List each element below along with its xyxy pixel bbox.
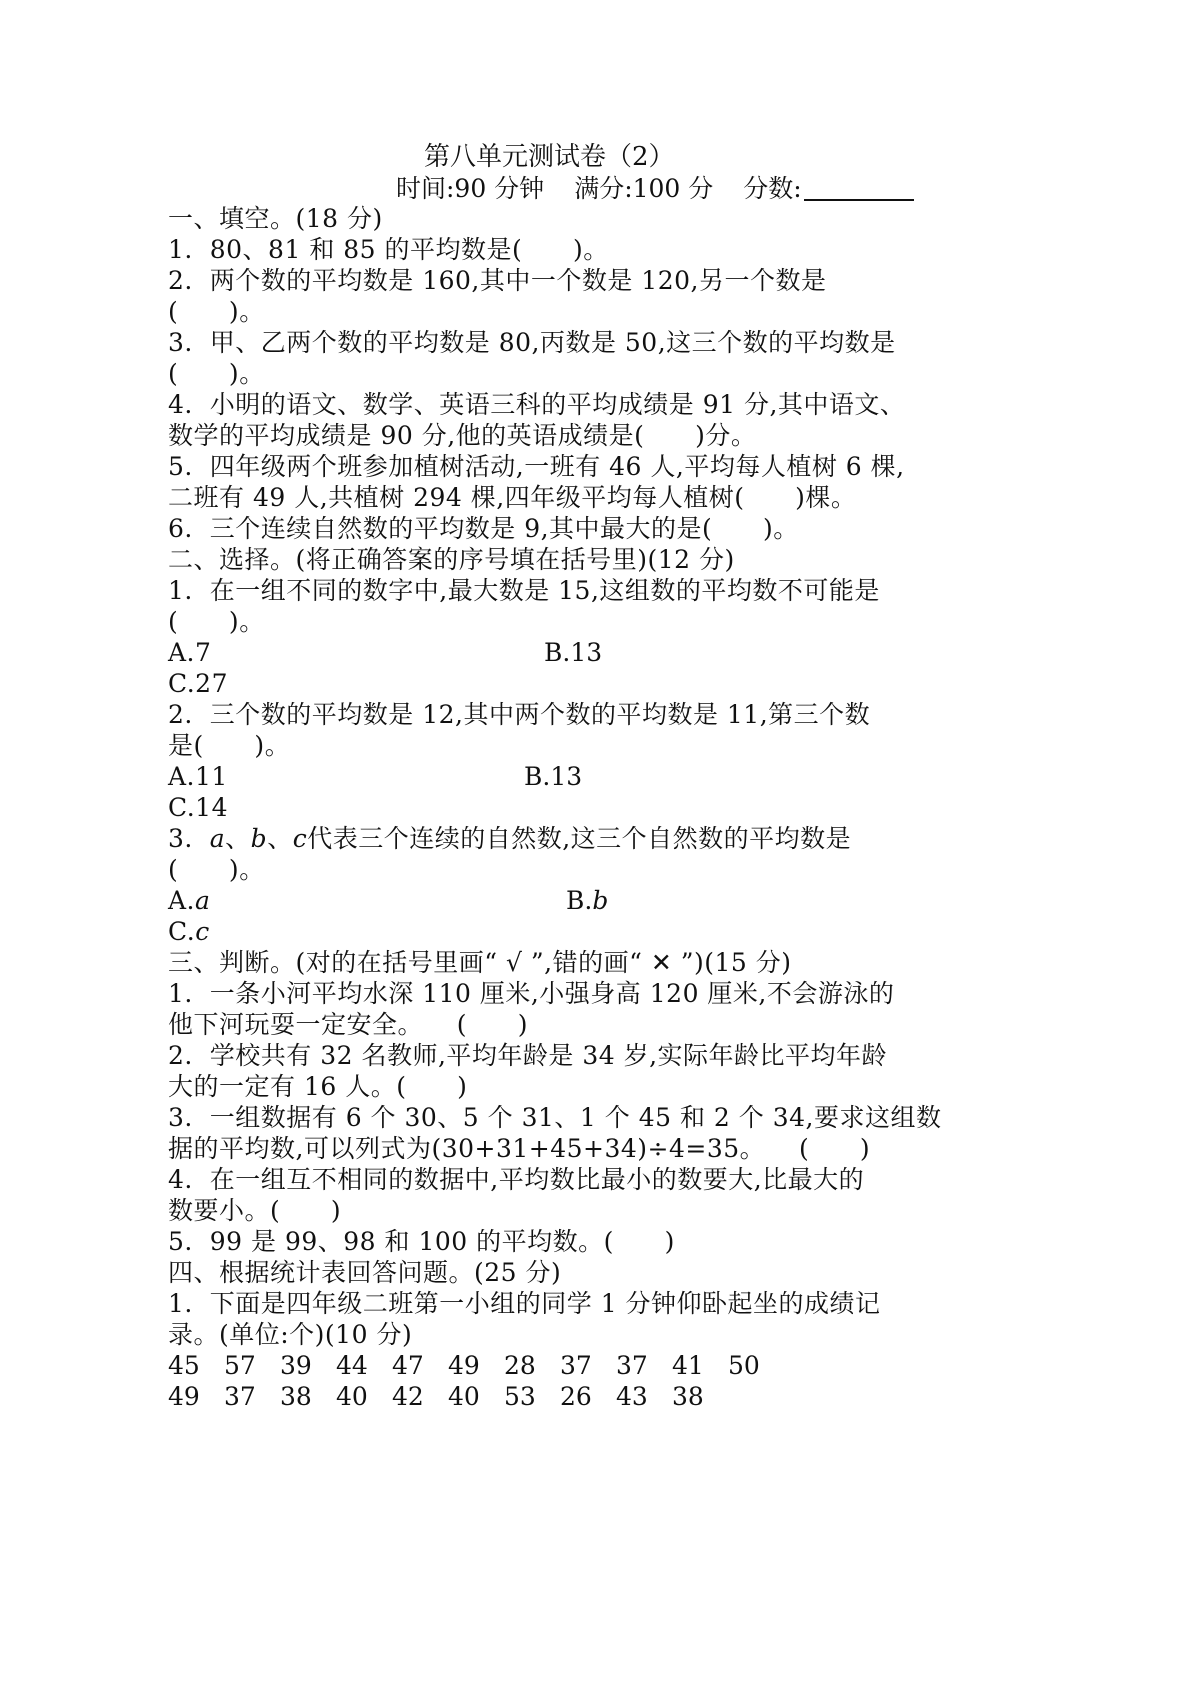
data-value: 37 bbox=[224, 1382, 280, 1412]
s2-q3-number: 3. bbox=[168, 824, 210, 853]
s1-question-1: 1. 80、81 和 85 的平均数是( )。 bbox=[168, 235, 609, 265]
s1-question-5-line-2: 二班有 49 人,共植树 294 棵,四年级平均每人植树( )棵。 bbox=[168, 483, 856, 513]
data-row-1: 45 57 39 44 47 49 28 37 37 41 50 bbox=[168, 1351, 784, 1381]
s3-question-5: 5. 99 是 99、98 和 100 的平均数。( ) bbox=[168, 1227, 675, 1257]
data-value: 42 bbox=[392, 1382, 448, 1412]
s3-question-1-line-1: 1. 一条小河平均水深 110 厘米,小强身高 120 厘米,不会游泳的 bbox=[168, 979, 894, 1009]
data-value: 49 bbox=[168, 1382, 224, 1412]
s3-question-2-line-1: 2. 学校共有 32 名教师,平均年龄是 34 岁,实际年龄比平均年龄 bbox=[168, 1041, 887, 1071]
data-value: 41 bbox=[672, 1351, 728, 1381]
s4-question-1-line-1: 1. 下面是四年级二班第一小组的同学 1 分钟仰卧起坐的成绩记 bbox=[168, 1289, 881, 1319]
section-2-heading: 二、选择。(将正确答案的序号填在括号里)(12 分) bbox=[168, 545, 735, 575]
separator: 、 bbox=[225, 824, 251, 853]
score-blank[interactable] bbox=[804, 175, 914, 201]
data-value: 26 bbox=[560, 1382, 616, 1412]
data-row-2: 49 37 38 40 42 40 53 26 43 38 bbox=[168, 1382, 728, 1412]
s1-question-3-line-1: 3. 甲、乙两个数的平均数是 80,丙数是 50,这三个数的平均数是 bbox=[168, 328, 896, 358]
s1-question-4-line-2: 数学的平均成绩是 90 分,他的英语成绩是( )分。 bbox=[168, 421, 756, 451]
var-c: c bbox=[293, 824, 308, 853]
s2-q3-option-a: A.a bbox=[168, 886, 210, 916]
s3-question-1-line-2: 他下河玩耍一定安全。 ( ) bbox=[168, 1010, 528, 1040]
s3-question-3-line-1: 3. 一组数据有 6 个 30、5 个 31、1 个 45 和 2 个 34,要… bbox=[168, 1103, 941, 1133]
time-label: 时间:90 分钟 bbox=[396, 174, 544, 203]
s2-q3-option-b: B.b bbox=[566, 886, 608, 916]
s3-question-3-line-2: 据的平均数,可以列式为(30+31+45+34)÷4=35。 ( ) bbox=[168, 1134, 870, 1164]
s4-question-1-line-2: 录。(单位:个)(10 分) bbox=[168, 1320, 412, 1350]
s3-question-2-line-2: 大的一定有 16 人。( ) bbox=[168, 1072, 467, 1102]
data-value: 49 bbox=[448, 1351, 504, 1381]
s2-question-3-line-1: 3. a、b、c代表三个连续的自然数,这三个自然数的平均数是 bbox=[168, 824, 851, 854]
s1-question-5-line-1: 5. 四年级两个班参加植树活动,一班有 46 人,平均每人植树 6 棵, bbox=[168, 452, 905, 482]
score-label: 分数: bbox=[743, 174, 801, 203]
s2-q3-option-c: C.c bbox=[168, 917, 210, 947]
data-value: 39 bbox=[280, 1351, 336, 1381]
data-value: 38 bbox=[672, 1382, 728, 1412]
s2-q2-option-b: B.13 bbox=[524, 762, 582, 792]
var-b: b bbox=[251, 824, 268, 853]
data-value: 40 bbox=[336, 1382, 392, 1412]
data-value: 47 bbox=[392, 1351, 448, 1381]
s1-question-4-line-1: 4. 小明的语文、数学、英语三科的平均成绩是 91 分,其中语文、 bbox=[168, 390, 905, 420]
section-3-heading: 三、判断。(对的在括号里画“ √ ”,错的画“ ✕ ”)(15 分) bbox=[168, 948, 792, 978]
separator: 、 bbox=[267, 824, 293, 853]
data-value: 37 bbox=[616, 1351, 672, 1381]
data-value: 53 bbox=[504, 1382, 560, 1412]
s1-question-2-line-1: 2. 两个数的平均数是 160,其中一个数是 120,另一个数是 bbox=[168, 266, 826, 296]
data-value: 57 bbox=[224, 1351, 280, 1381]
s2-q2-option-c: C.14 bbox=[168, 793, 228, 823]
s1-question-2-line-2: ( )。 bbox=[168, 297, 265, 327]
s3-question-4-line-1: 4. 在一组互不相同的数据中,平均数比最小的数要大,比最大的 bbox=[168, 1165, 864, 1195]
data-value: 40 bbox=[448, 1382, 504, 1412]
data-value: 44 bbox=[336, 1351, 392, 1381]
s2-q1-option-b: B.13 bbox=[544, 638, 602, 668]
s3-question-4-line-2: 数要小。( ) bbox=[168, 1196, 341, 1226]
s2-q1-option-a: A.7 bbox=[168, 638, 211, 668]
s2-question-1-line-1: 1. 在一组不同的数字中,最大数是 15,这组数的平均数不可能是 bbox=[168, 576, 880, 606]
data-value: 43 bbox=[616, 1382, 672, 1412]
data-value: 38 bbox=[280, 1382, 336, 1412]
data-value: 50 bbox=[728, 1351, 784, 1381]
data-value: 28 bbox=[504, 1351, 560, 1381]
s2-question-2-line-2: 是( )。 bbox=[168, 731, 290, 761]
page-title: 第八单元测试卷（2） bbox=[424, 141, 675, 173]
s2-q1-option-c: C.27 bbox=[168, 669, 228, 699]
s2-question-2-line-1: 2. 三个数的平均数是 12,其中两个数的平均数是 11,第三个数 bbox=[168, 700, 870, 730]
exam-meta: 时间:90 分钟满分:100 分分数: bbox=[396, 173, 914, 205]
var-a: a bbox=[210, 824, 225, 853]
s1-question-3-line-2: ( )。 bbox=[168, 359, 265, 389]
s2-q3-text: 代表三个连续的自然数,这三个自然数的平均数是 bbox=[307, 824, 851, 853]
s1-question-6: 6. 三个连续自然数的平均数是 9,其中最大的是( )。 bbox=[168, 514, 799, 544]
data-value: 45 bbox=[168, 1351, 224, 1381]
s2-question-1-line-2: ( )。 bbox=[168, 607, 265, 637]
section-4-heading: 四、根据统计表回答问题。(25 分) bbox=[168, 1258, 561, 1288]
full-score-label: 满分:100 分 bbox=[574, 174, 713, 203]
s2-question-3-line-2: ( )。 bbox=[168, 855, 265, 885]
data-value: 37 bbox=[560, 1351, 616, 1381]
s2-q2-option-a: A.11 bbox=[168, 762, 228, 792]
worksheet-page: 第八单元测试卷（2） 时间:90 分钟满分:100 分分数: 一、填空。(18 … bbox=[0, 0, 1191, 1684]
section-1-heading: 一、填空。(18 分) bbox=[168, 204, 383, 234]
